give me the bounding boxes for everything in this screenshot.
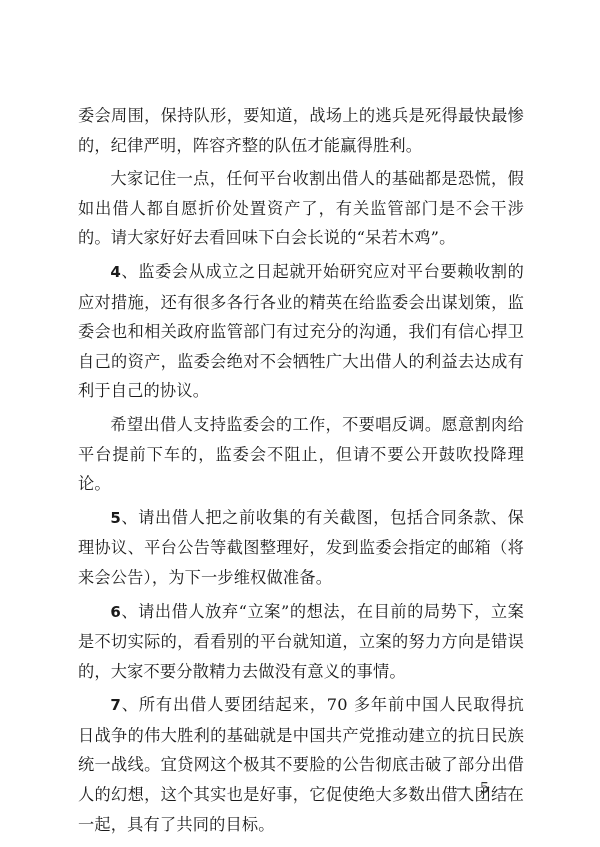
paragraph-1: 委会周围，保持队形，要知道，战场上的逃兵是死得最快最惨的，纪律严明，阵容齐整的队… xyxy=(78,101,524,160)
paragraph-text: 希望出借人支持监委会的工作，不要唱反调。愿意割肉给平台提前下车的，监委会不阻止，… xyxy=(78,415,524,493)
paragraph-4: 希望出借人支持监委会的工作，不要唱反调。愿意割肉给平台提前下车的，监委会不阻止，… xyxy=(78,410,524,499)
paragraph-text: 、请出借人把之前收集的有关截图，包括合同条款、保理协议、平台公告等截图整理好，发… xyxy=(78,508,524,587)
item-number: 4 xyxy=(110,263,121,281)
paragraph-item-5: 5、请出借人把之前收集的有关截图，包括合同条款、保理协议、平台公告等截图整理好，… xyxy=(78,503,524,593)
paragraph-text: 、请出借人放弃“立案”的想法，在目前的局势下，立案是不切实际的，看看别的平台就知… xyxy=(78,602,524,681)
document-body: 委会周围，保持队形，要知道，战场上的逃兵是死得最快最惨的，纪律严明，阵容齐整的队… xyxy=(78,101,524,843)
page-number: — 5 — xyxy=(456,779,515,797)
item-number: 6 xyxy=(110,603,121,621)
paragraph-2: 大家记住一点，任何平台收割出借人的基础都是恐慌，假如出借人都自愿折价处置资产了，… xyxy=(78,164,524,253)
item-number: 7 xyxy=(110,696,121,714)
document-page: 委会周围，保持队形，要知道，战场上的逃兵是死得最快最惨的，纪律严明，阵容齐整的队… xyxy=(0,0,600,847)
paragraph-text: 、监委会从成立之日起就开始研究应对平台要赖收割的应对措施，还有很多各行各业的精英… xyxy=(78,262,524,400)
paragraph-item-6: 6、请出借人放弃“立案”的想法，在目前的局势下，立案是不切实际的，看看别的平台就… xyxy=(78,597,524,687)
paragraph-item-4: 4、监委会从成立之日起就开始研究应对平台要赖收割的应对措施，还有很多各行各业的精… xyxy=(78,257,524,406)
paragraph-item-7: 7、所有出借人要团结起来，70 多年前中国人民取得抗日战争的伟大胜利的基础就是中… xyxy=(78,690,524,839)
paragraph-text: 、所有出借人要团结起来，70 多年前中国人民取得抗日战争的伟大胜利的基础就是中国… xyxy=(78,695,524,833)
item-number: 5 xyxy=(110,509,121,527)
paragraph-text: 委会周围，保持队形，要知道，战场上的逃兵是死得最快最惨的，纪律严明，阵容齐整的队… xyxy=(78,106,524,155)
paragraph-text: 大家记住一点，任何平台收割出借人的基础都是恐慌，假如出借人都自愿折价处置资产了，… xyxy=(78,169,524,247)
